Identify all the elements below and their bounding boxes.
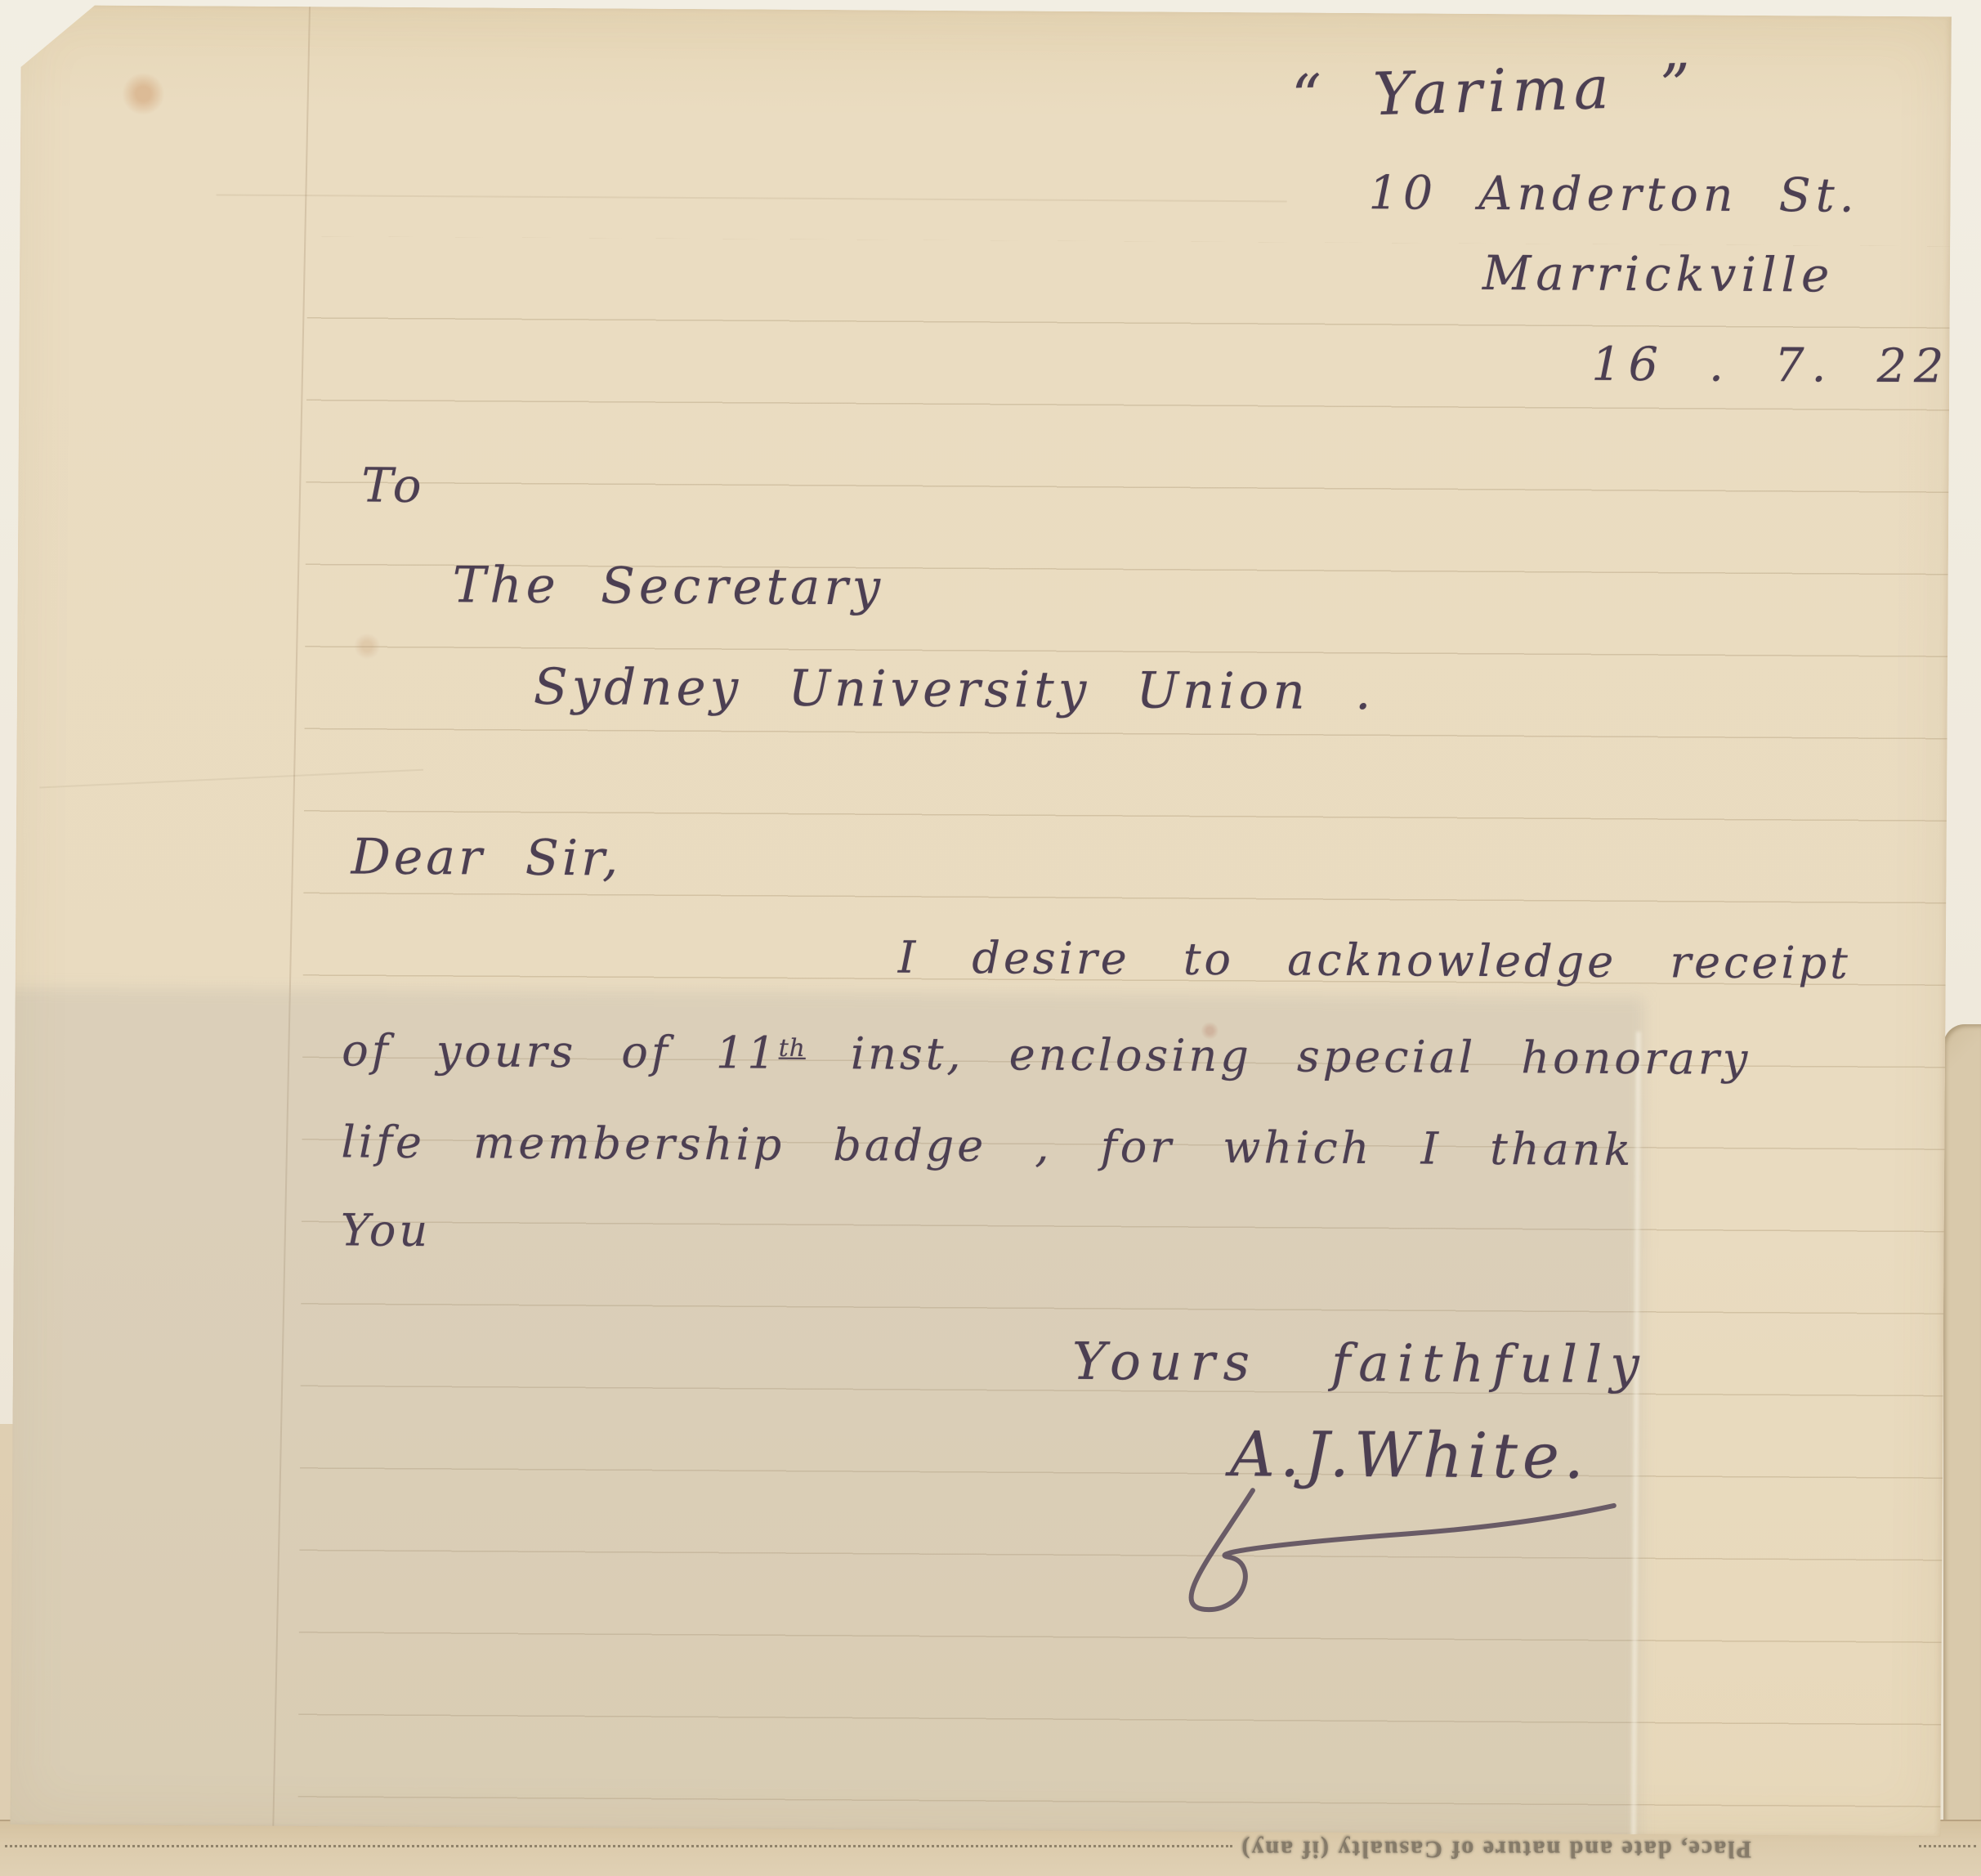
body-line-3: life membership badge , for which I than… [341,1120,1634,1172]
letter-date: 16 . 7. 22 [1591,342,1951,391]
dotted-rule-short [1919,1846,1976,1853]
letterhead-suburb: Marrickville [1482,249,1835,299]
bleed-through-shade [10,987,1644,1837]
body-line-2-suffix: inst, enclosing special honorary [806,1028,1751,1085]
horizontal-crease-top [217,194,1287,202]
letterhead-street: 10 Anderton St. [1368,170,1858,220]
signature-text: A.J.White. [1230,1423,1589,1488]
underlying-form-right-corner [1943,1024,1981,1876]
dotted-rule-long [5,1846,1232,1853]
upside-down-form-caption-row: Place, date and nature of Casualty (if a… [0,1833,1981,1865]
letterhead-house-name: “ Yarima ” [1290,56,1697,126]
recipient-to: To [361,462,424,509]
body-line-2-ordinal: th [779,1034,806,1063]
scanned-letter-page: Place, date and nature of Casualty (if a… [0,0,1981,1876]
closing-valediction: Yours faithfully [1072,1336,1648,1390]
body-line-4: You [341,1208,432,1253]
signature-underline-flourish [1154,1482,1629,1632]
body-line-2-prefix: of yours of 11 [342,1024,779,1078]
body-line-2: of yours of 11th inst, enclosing special… [342,1028,1751,1081]
body-line-1: I desire to acknowledge receipt [898,936,1851,986]
recipient-line1: The Secretary [452,560,884,612]
form-caption-label: Place, date and nature of Casualty (if a… [1241,1835,1751,1863]
salutation: Dear Sir, [351,832,621,883]
letter-sheet: “ Yarima ” 10 Anderton St. Marrickville … [10,5,1952,1836]
recipient-line2: Sydney University Union . [534,662,1375,717]
